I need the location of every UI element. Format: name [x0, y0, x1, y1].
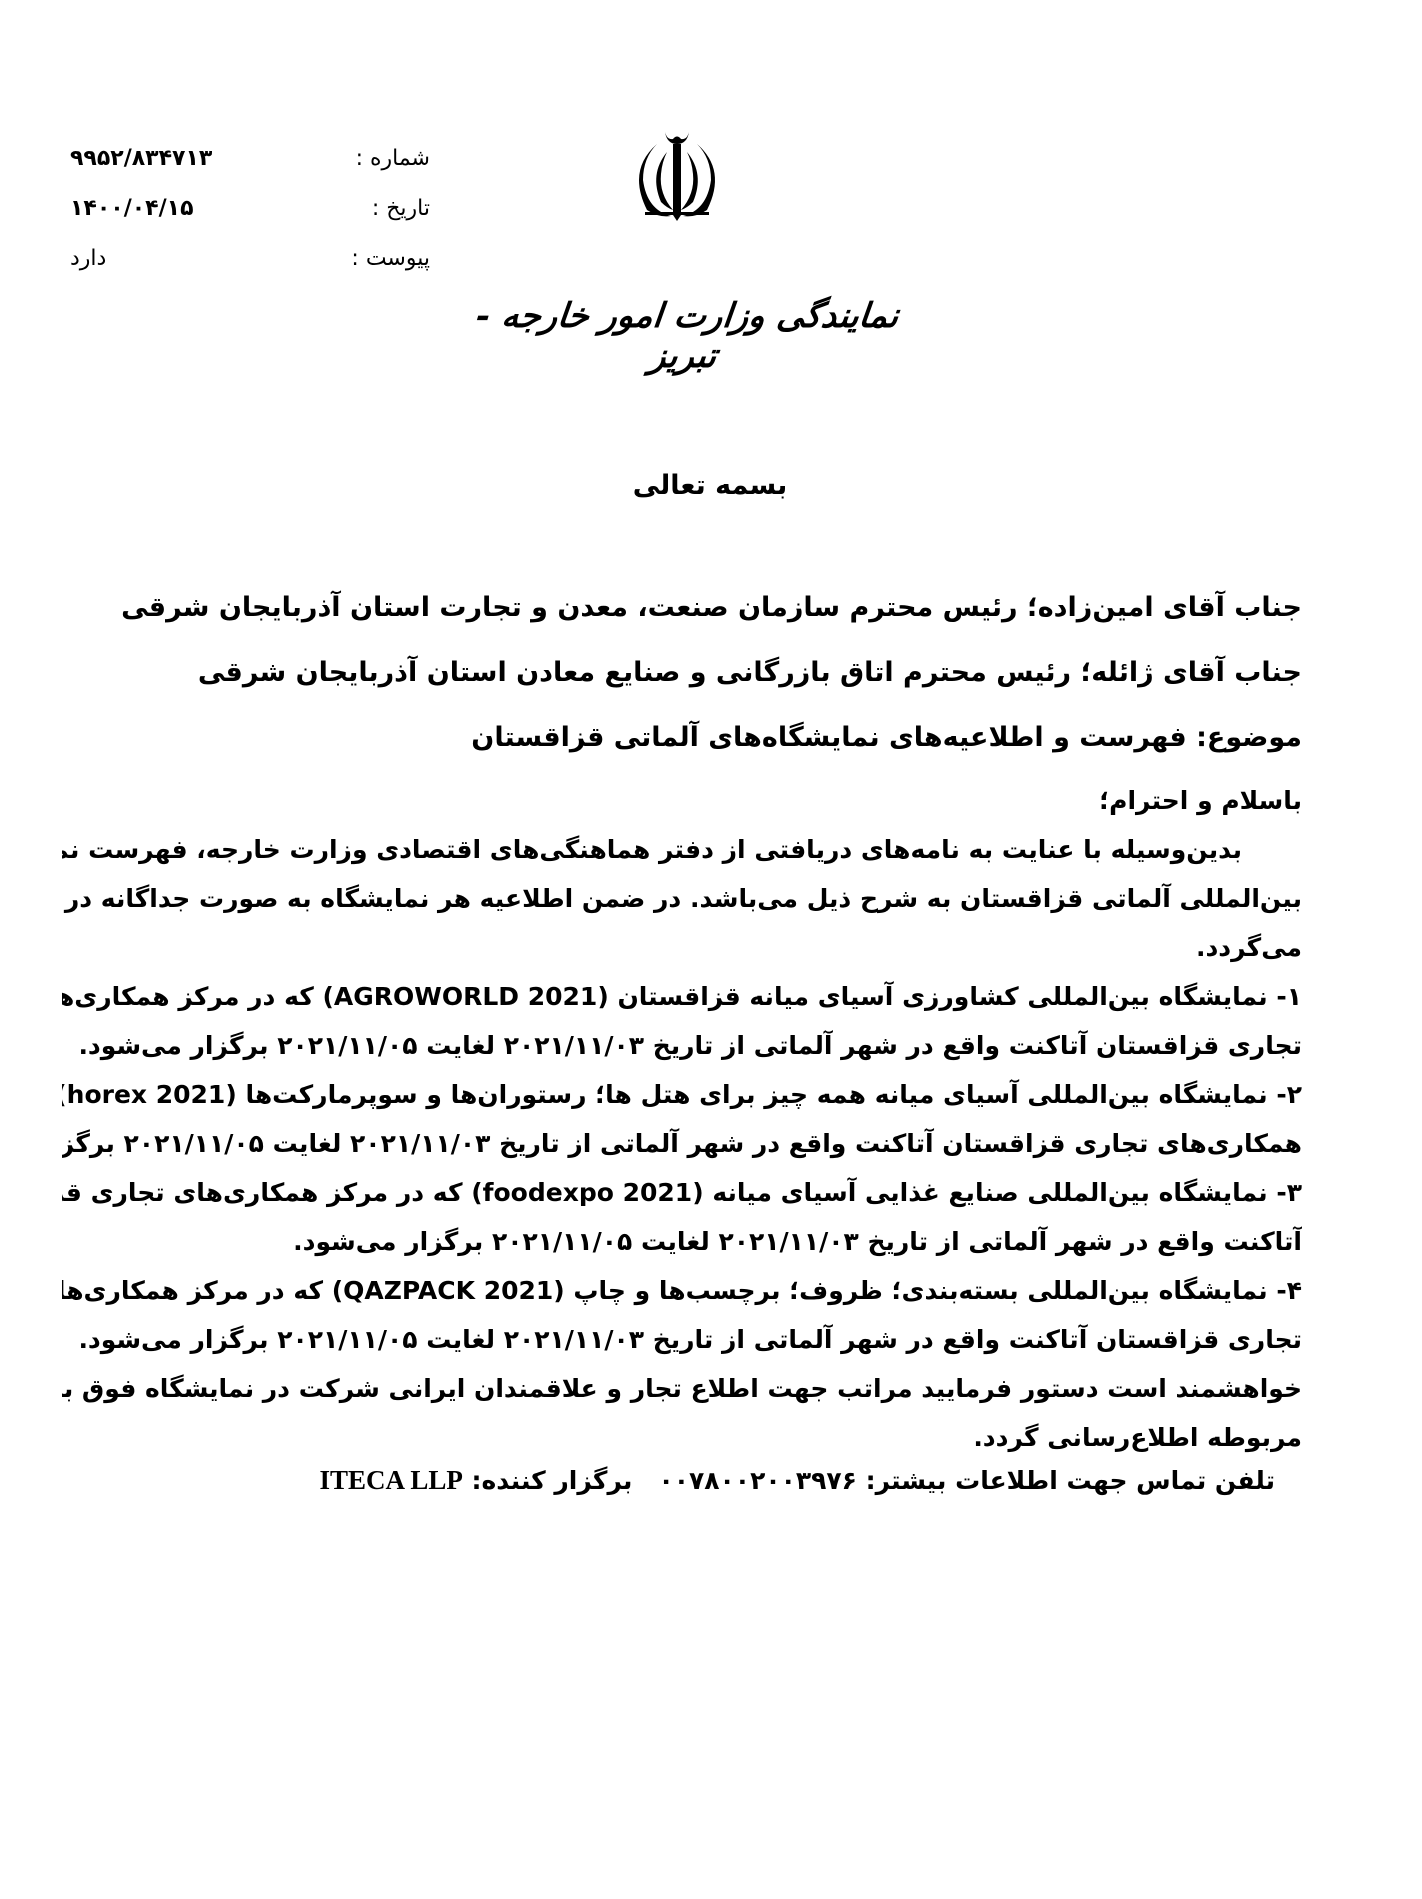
letter-attachment-label: پیوست : [351, 246, 430, 271]
letter-number-label: شماره : [356, 146, 430, 171]
contact-line: تلفن تماس جهت اطلاعات بیشتر: ۰۰۷۸۰۰۲۰۰۳۹… [365, 1465, 1275, 1496]
recipient-1: جناب آقای امین‌زاده؛ رئیس محترم سازمان ص… [62, 575, 1302, 640]
organizer-name: ITECA LLP [320, 1465, 463, 1495]
phone-label: تلفن تماس جهت اطلاعات بیشتر: [866, 1466, 1275, 1495]
basmala-heading: بسمه تعالی [560, 470, 860, 501]
intro-line: بدین‌وسیله با عنایت به نامه‌های دریافتی … [62, 825, 1302, 874]
exhibition-item-2-line: همکاری‌های تجاری قزاقستان آتاکنت واقع در… [62, 1119, 1302, 1168]
letter-number-value: ۹۹۵۲/۸۳۴۷۱۳ [70, 146, 212, 171]
iran-emblem-icon [627, 130, 727, 222]
phone-number: ۰۰۷۸۰۰۲۰۰۳۹۷۶ [659, 1466, 857, 1495]
intro-line: می‌گردد. [62, 923, 1302, 972]
exhibition-item-2-line: ۲- نمایشگاه بین‌المللی آسیای میانه همه چ… [62, 1070, 1302, 1119]
greeting-text: باسلام و احترام؛ [62, 776, 1302, 825]
exhibition-item-1-line: ۱- نمایشگاه بین‌المللی کشاورزی آسیای میا… [62, 972, 1302, 1021]
recipients-block: جناب آقای امین‌زاده؛ رئیس محترم سازمان ص… [62, 575, 1302, 770]
letter-date-label: تاریخ : [372, 196, 430, 221]
exhibition-item-3-line: ۳- نمایشگاه بین‌المللی صنایع غذایی آسیای… [62, 1168, 1302, 1217]
letter-date-row: تاریخ : ۱۴۰۰/۰۴/۱۵ [60, 196, 430, 230]
exhibition-item-4-line: ۴- نمایشگاه بین‌المللی بسته‌بندی؛ ظروف؛ … [62, 1266, 1302, 1315]
intro-line: بین‌المللی آلماتی قزاقستان به شرح ذیل می… [62, 874, 1302, 923]
subject-line: موضوع: فهرست و اطلاعیه‌های نمایشگاه‌های … [62, 705, 1302, 770]
recipient-2: جناب آقای ژائله؛ رئیس محترم اتاق بازرگان… [62, 640, 1302, 705]
greeting: باسلام و احترام؛ [62, 776, 1302, 825]
organizer-label: برگزار کننده: [472, 1466, 633, 1495]
exhibition-item-4-line: تجاری قزاقستان آتاکنت واقع در شهر آلماتی… [62, 1315, 1302, 1364]
letter-body: بدین‌وسیله با عنایت به نامه‌های دریافتی … [62, 825, 1302, 1462]
letter-attachment-value: دارد [70, 246, 106, 271]
letter-attachment-row: پیوست : دارد [60, 246, 430, 280]
letter-date-value: ۱۴۰۰/۰۴/۱۵ [70, 196, 194, 221]
letter-number-row: شماره : ۹۹۵۲/۸۳۴۷۱۳ [60, 146, 430, 180]
office-title: نمایندگی وزارت امور خارجه - تبریز [466, 296, 904, 376]
closing-line: خواهشمند است دستور فرمایید مراتب جهت اطل… [62, 1364, 1302, 1413]
exhibition-item-3-line: آتاکنت واقع در شهر آلماتی از تاریخ ۲۰۲۱/… [62, 1217, 1302, 1266]
exhibition-item-1-line: تجاری قزاقستان آتاکنت واقع در شهر آلماتی… [62, 1021, 1302, 1070]
closing-line: مربوطه اطلاع‌رسانی گردد. [62, 1413, 1302, 1462]
